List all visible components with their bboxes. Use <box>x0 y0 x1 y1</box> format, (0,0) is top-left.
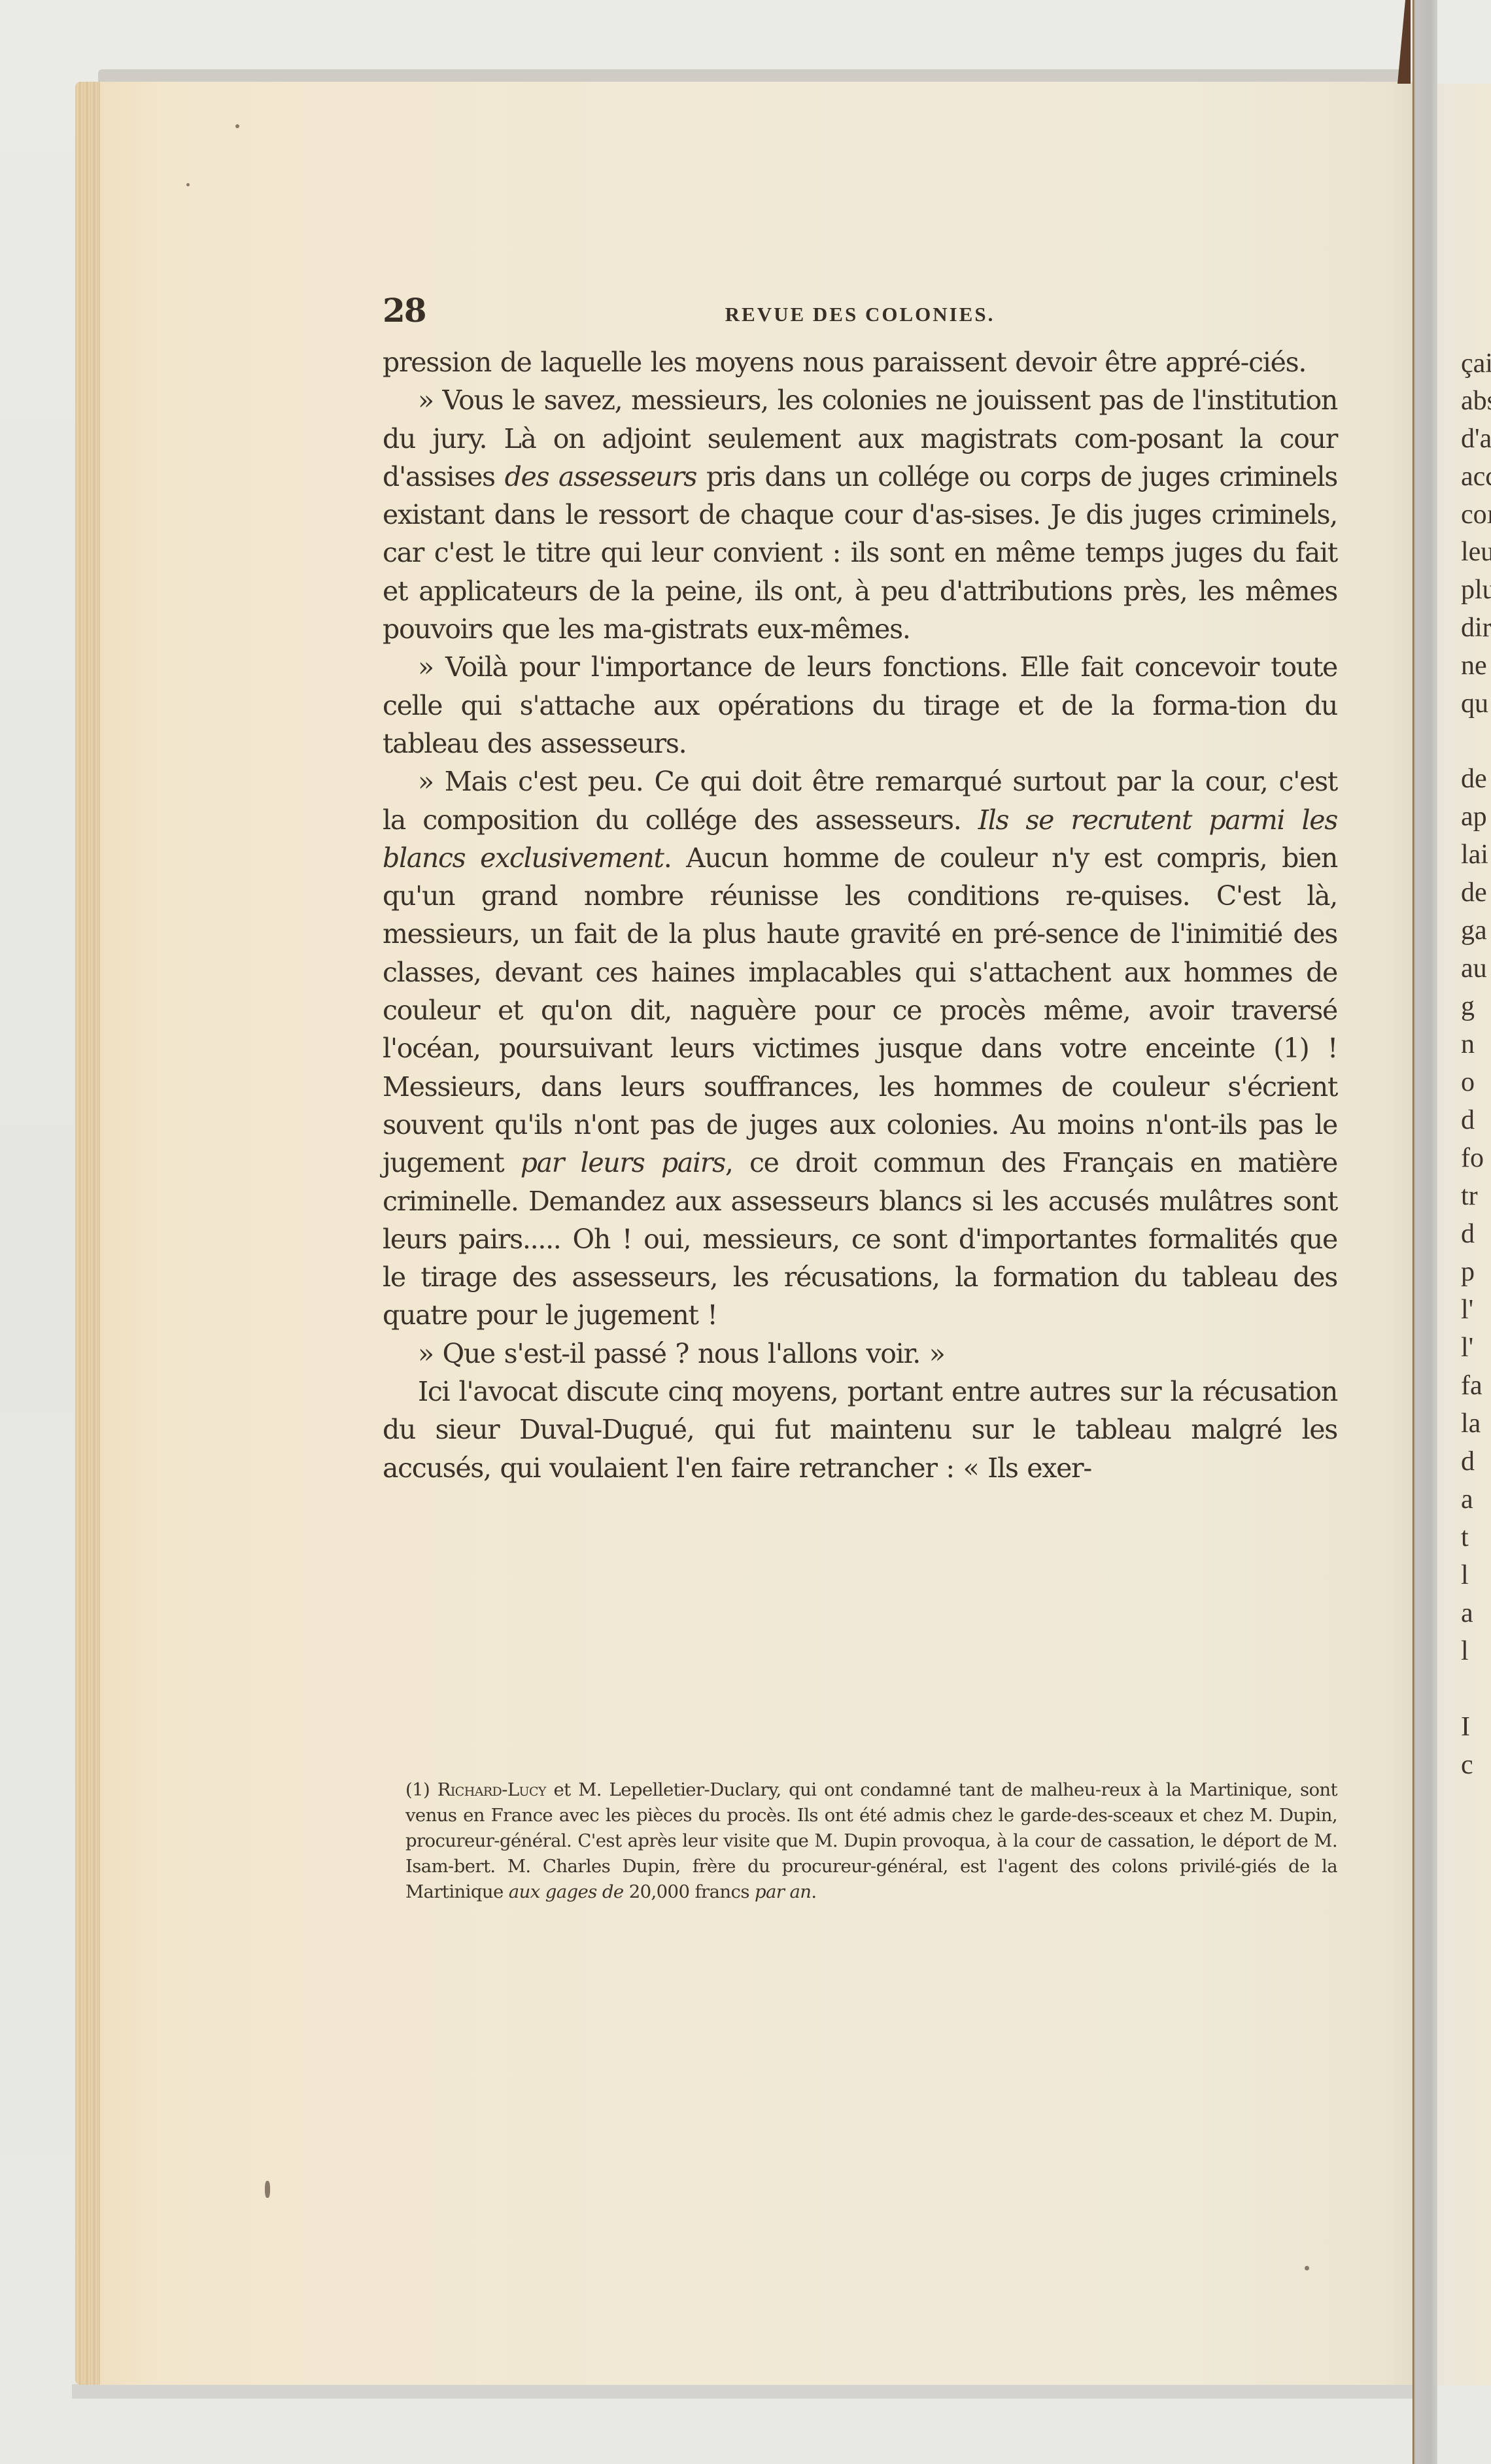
fragment-line: ne <box>1461 652 1487 679</box>
fragment-line: l' <box>1461 1296 1473 1324</box>
body-paragraph: pression de laquelle les moyens nous par… <box>383 343 1337 381</box>
paper-speck <box>265 2181 270 2198</box>
fragment-line: lai <box>1461 841 1488 868</box>
text-run: 20,000 francs <box>624 1881 755 1902</box>
fragment-line: plu <box>1461 576 1491 604</box>
fragment-line: au <box>1461 955 1487 982</box>
text-run: . Aucun homme de couleur n'y est compris… <box>383 842 1337 1178</box>
footnote-marker: (1) <box>405 1779 430 1800</box>
running-head: 28 REVUE DES COLONIES. <box>383 291 1337 330</box>
page-bottom-shadow <box>72 2384 1419 2399</box>
body-paragraph: » Mais c'est peu. Ce qui doit être remar… <box>383 762 1337 1334</box>
fragment-line: l <box>1461 1637 1469 1665</box>
footnote-paragraph: (1) Richard-Lucy et M. Lepelletier-Ducla… <box>405 1777 1337 1905</box>
paper-speck <box>1305 2266 1309 2270</box>
fragment-line: t <box>1461 1524 1469 1551</box>
fragment-line: a <box>1461 1486 1473 1513</box>
fragment-line: de <box>1461 765 1487 793</box>
fragment-line: acc <box>1461 463 1491 490</box>
fragment-line: d'a <box>1461 425 1491 453</box>
body-paragraph: » Que s'est-il passé ? nous l'allons voi… <box>383 1335 1337 1373</box>
fragment-line: qu <box>1461 690 1488 717</box>
fragment-line: c <box>1461 1751 1473 1779</box>
fragment-line: tr <box>1461 1182 1478 1210</box>
text-run: pression de laquelle les moyens nous par… <box>383 347 1306 378</box>
fragment-line: l <box>1461 1562 1469 1589</box>
fragment-line: çaie <box>1461 350 1491 377</box>
italic-text: aux gages de <box>509 1881 624 1902</box>
body-paragraph: » Vous le savez, messieurs, les colonies… <box>383 381 1337 648</box>
adjacent-page-fragment: çaieabsd'aacccoıleupludirnequdeaplaidega… <box>1437 84 1491 2386</box>
fragment-line: n <box>1461 1031 1475 1058</box>
fragment-line: ap <box>1461 803 1487 830</box>
italic-text: des assesseurs <box>505 461 697 492</box>
body-paragraph: Ici l'avocat discute cinq moyens, portan… <box>383 1373 1337 1487</box>
text-run: Ici l'avocat discute cinq moyens, portan… <box>383 1376 1337 1484</box>
fragment-line: la <box>1461 1410 1481 1437</box>
body-text: pression de laquelle les moyens nous par… <box>383 343 1337 1487</box>
fragment-line: leu <box>1461 538 1491 566</box>
paper-speck <box>186 183 190 186</box>
fragment-line: a <box>1461 1600 1473 1627</box>
italic-text: par an <box>755 1881 811 1902</box>
fragment-line: d <box>1461 1448 1475 1475</box>
text-run: » Que s'est-il passé ? nous l'allons voi… <box>418 1338 945 1369</box>
fragment-line: fo <box>1461 1144 1484 1172</box>
fragment-line: l' <box>1461 1334 1473 1361</box>
fragment-line: d <box>1461 1106 1475 1134</box>
fragment-line: d <box>1461 1220 1475 1248</box>
body-paragraph: » Voilà pour l'importance de leurs fonct… <box>383 648 1337 762</box>
book-gutter <box>1413 0 1437 2464</box>
fragment-line: ga <box>1461 917 1487 944</box>
fragment-line: abs <box>1461 387 1491 415</box>
fragment-line: g <box>1461 993 1475 1020</box>
italic-text: par leurs pairs <box>521 1147 725 1178</box>
fragment-line: dir <box>1461 614 1491 642</box>
fragment-line: de <box>1461 879 1487 906</box>
author-name: Richard-Lucy <box>437 1779 546 1800</box>
journal-title: REVUE DES COLONIES. <box>383 303 1337 326</box>
text-run: . <box>811 1881 816 1902</box>
fragment-line: coı <box>1461 501 1491 528</box>
text-run: » Voilà pour l'importance de leurs fonct… <box>383 651 1337 759</box>
fragment-line: I <box>1461 1713 1470 1741</box>
footnote: (1) Richard-Lucy et M. Lepelletier-Ducla… <box>405 1777 1337 1905</box>
paper-speck <box>235 124 239 128</box>
fragment-line: o <box>1461 1069 1475 1096</box>
fragment-line: fa <box>1461 1372 1482 1399</box>
page-edge-stack <box>75 82 99 2385</box>
fragment-line: p <box>1461 1258 1475 1286</box>
